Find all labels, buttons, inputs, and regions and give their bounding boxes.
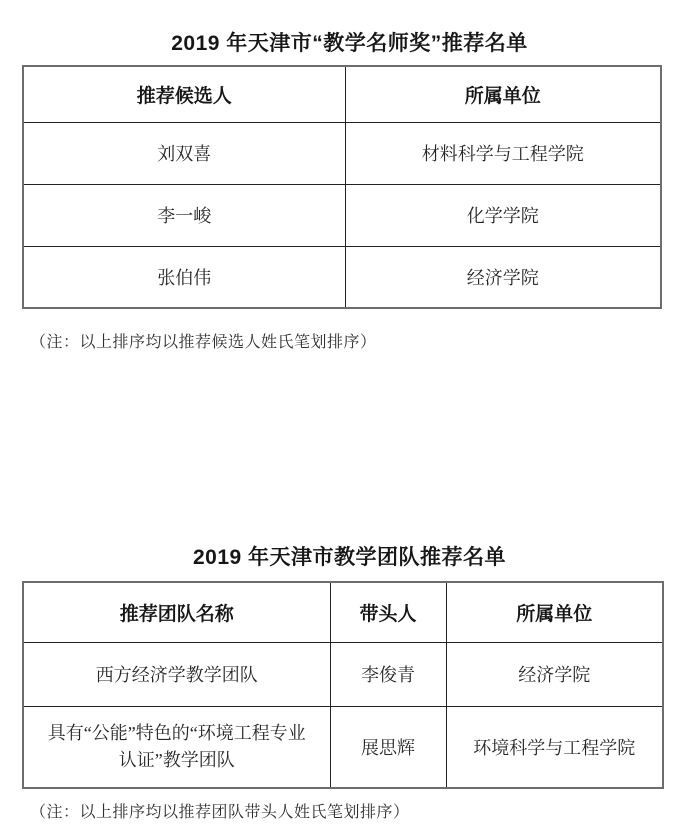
sort-note-team: （注：以上排序均以推荐团队带头人姓氏笔划排序） — [30, 803, 699, 823]
team-name-cell: 具有“公能”特色的“环境工程专业认证”教学团队 — [23, 706, 330, 788]
table-row: 具有“公能”特色的“环境工程专业认证”教学团队 展思辉 环境科学与工程学院 — [23, 706, 663, 788]
teaching-team-title: 2019 年天津市教学团队推荐名单 — [0, 546, 699, 570]
unit-cell: 经济学院 — [446, 642, 663, 706]
unit-cell: 经济学院 — [345, 246, 661, 308]
table-row: 西方经济学教学团队 李俊青 经济学院 — [23, 642, 663, 706]
teacher-award-title: 2019 年天津市“教学名师奖”推荐名单 — [0, 32, 699, 56]
table-row: 张伯伟 经济学院 — [23, 246, 661, 308]
teacher-award-table: 推荐候选人 所属单位 刘双喜 材料科学与工程学院 李一峻 化学学院 张伯伟 经济… — [22, 65, 662, 309]
header-team-name: 推荐团队名称 — [23, 582, 330, 642]
header-unit: 所属单位 — [446, 582, 663, 642]
document-page: 2019 年天津市“教学名师奖”推荐名单 推荐候选人 所属单位 刘双喜 材料科学… — [0, 0, 699, 837]
header-leader: 带头人 — [330, 582, 446, 642]
table-header-row: 推荐候选人 所属单位 — [23, 66, 661, 122]
table-row: 李一峻 化学学院 — [23, 184, 661, 246]
table-header-row: 推荐团队名称 带头人 所属单位 — [23, 582, 663, 642]
sort-note-teacher: （注：以上排序均以推荐候选人姓氏笔划排序） — [30, 333, 699, 353]
unit-cell: 环境科学与工程学院 — [446, 706, 663, 788]
header-unit: 所属单位 — [345, 66, 661, 122]
team-name-cell: 西方经济学教学团队 — [23, 642, 330, 706]
unit-cell: 材料科学与工程学院 — [345, 122, 661, 184]
candidate-name-cell: 刘双喜 — [23, 122, 345, 184]
leader-name-cell: 李俊青 — [330, 642, 446, 706]
candidate-name-cell: 张伯伟 — [23, 246, 345, 308]
teaching-team-table: 推荐团队名称 带头人 所属单位 西方经济学教学团队 李俊青 经济学院 具有“公能… — [22, 581, 664, 789]
header-candidate: 推荐候选人 — [23, 66, 345, 122]
leader-name-cell: 展思辉 — [330, 706, 446, 788]
candidate-name-cell: 李一峻 — [23, 184, 345, 246]
unit-cell: 化学学院 — [345, 184, 661, 246]
table-row: 刘双喜 材料科学与工程学院 — [23, 122, 661, 184]
